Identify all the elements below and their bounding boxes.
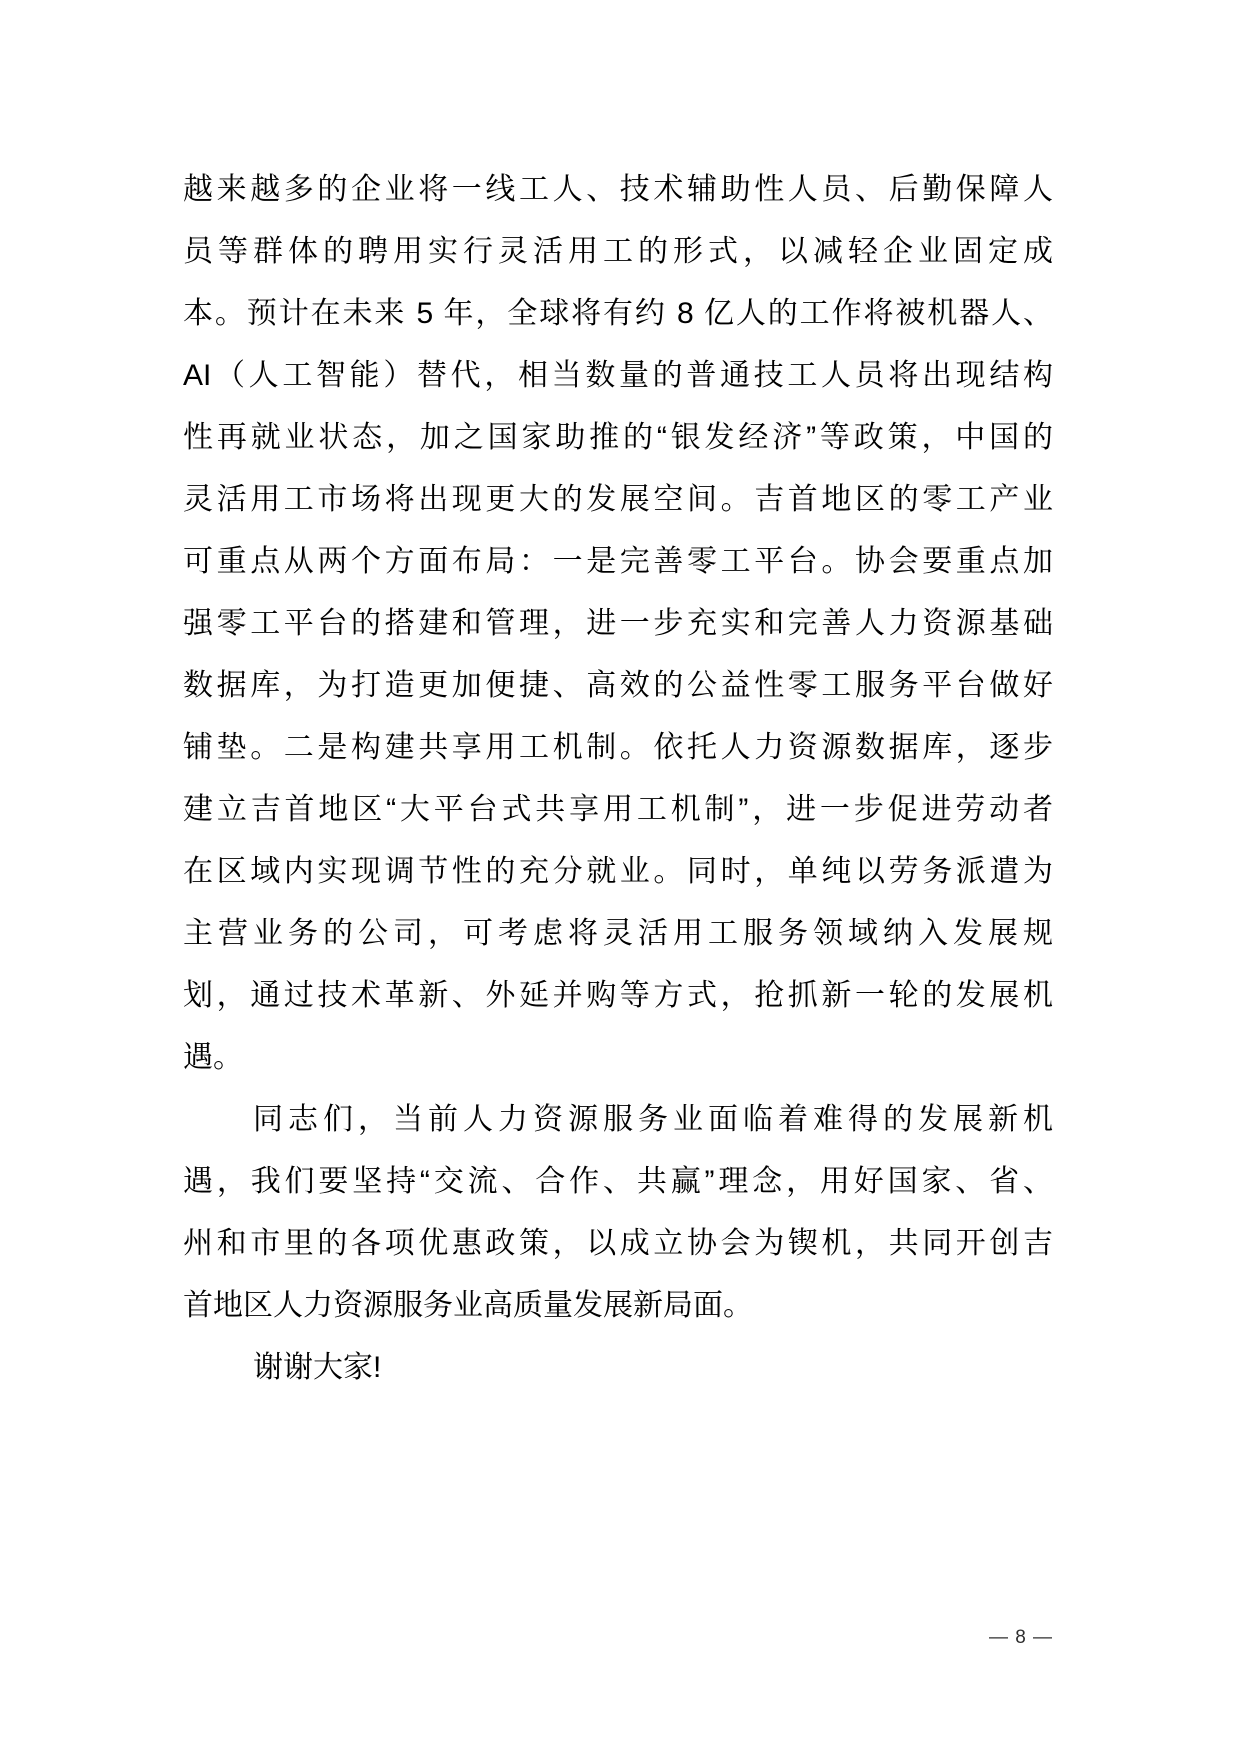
text-line: 在区域内实现调节性的充分就业。同时，单纯以劳务派遣为 xyxy=(183,841,1053,903)
text-line: 主营业务的公司，可考虑将灵活用工服务领域纳入发展规 xyxy=(183,903,1053,965)
text-line: 铺垫。二是构建共享用工机制。依托人力资源数据库，逐步 xyxy=(183,717,1053,779)
text-line-closing: 谢谢大家! xyxy=(183,1337,1053,1399)
text-line: 遇，我们要坚持“交流、合作、共赢”理念，用好国家、省、 xyxy=(183,1151,1053,1213)
text-block: 越来越多的企业将一线工人、技术辅助性人员、后勤保障人 员等群体的聘用实行灵活用工… xyxy=(183,159,1053,1399)
text-line-paragraph-end: 遇。 xyxy=(183,1027,1053,1089)
document-page: 越来越多的企业将一线工人、技术辅助性人员、后勤保障人 员等群体的聘用实行灵活用工… xyxy=(0,0,1240,1753)
text-line: 员等群体的聘用实行灵活用工的形式，以减轻企业固定成 xyxy=(183,221,1053,283)
text-line: 数据库，为打造更加便捷、高效的公益性零工服务平台做好 xyxy=(183,655,1053,717)
text-line: 强零工平台的搭建和管理，进一步充实和完善人力资源基础 xyxy=(183,593,1053,655)
text-line: 越来越多的企业将一线工人、技术辅助性人员、后勤保障人 xyxy=(183,159,1053,221)
text-line: 可重点从两个方面布局：一是完善零工平台。协会要重点加 xyxy=(183,531,1053,593)
text-line: 灵活用工市场将出现更大的发展空间。吉首地区的零工产业 xyxy=(183,469,1053,531)
text-line-paragraph-end: 首地区人力资源服务业高质量发展新局面。 xyxy=(183,1275,1053,1337)
text-line: 划，通过技术革新、外延并购等方式，抢抓新一轮的发展机 xyxy=(183,965,1053,1027)
page-number: — 8 — xyxy=(951,1624,1091,1652)
text-line: 建立吉首地区“大平台式共享用工机制”，进一步促进劳动者 xyxy=(183,779,1053,841)
text-line: 本。预计在未来 5 年，全球将有约 8 亿人的工作将被机器人、 xyxy=(183,283,1053,345)
text-line-paragraph-start: 同志们，当前人力资源服务业面临着难得的发展新机 xyxy=(183,1089,1053,1151)
text-line: 州和市里的各项优惠政策，以成立协会为锲机，共同开创吉 xyxy=(183,1213,1053,1275)
text-line: AI（人工智能）替代，相当数量的普通技工人员将出现结构 xyxy=(183,345,1053,407)
text-line: 性再就业状态，加之国家助推的“银发经济”等政策，中国的 xyxy=(183,407,1053,469)
